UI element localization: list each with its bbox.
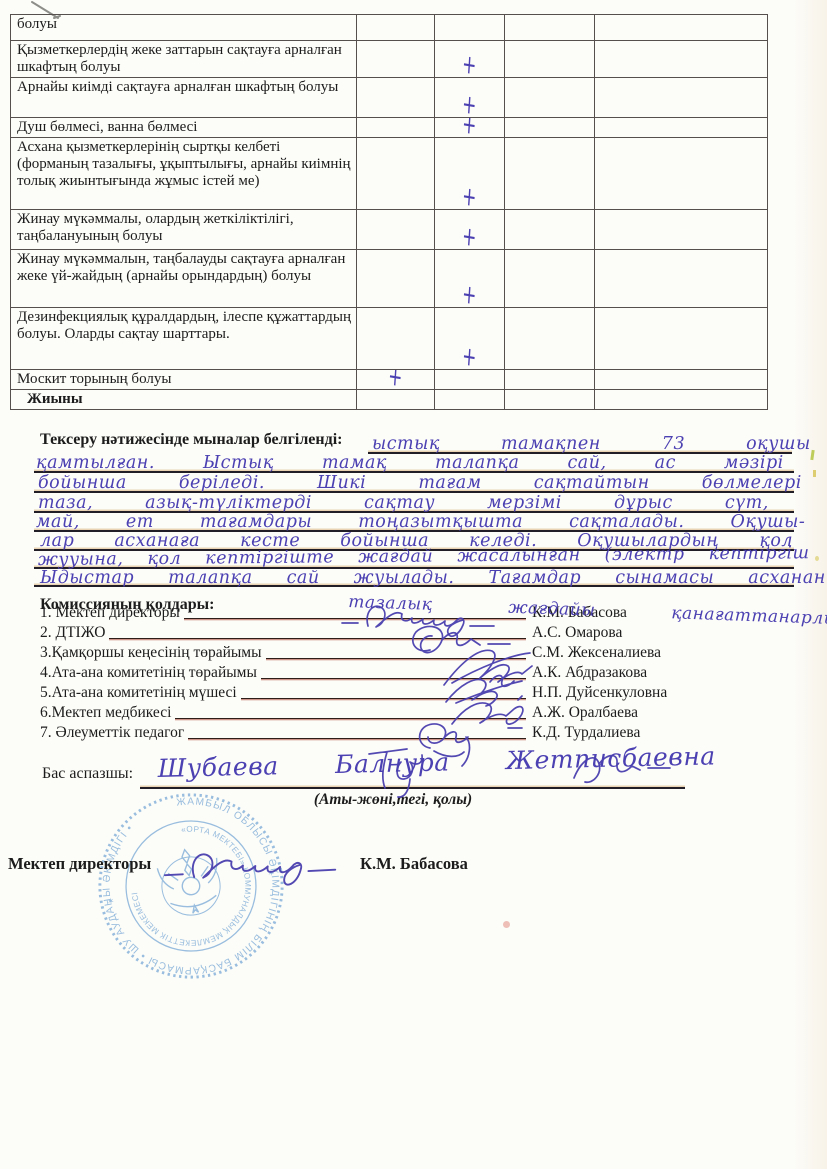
mark-cell: + [435, 308, 505, 370]
member-name: Н.П. Дуйсенкуловна [532, 684, 720, 702]
scan-artifact [810, 450, 814, 460]
mark-cell: + [357, 370, 435, 390]
table-row: Жинау мүкәммалы, олардың жеткіліктілігі,… [11, 210, 768, 250]
plus-mark: + [462, 92, 478, 117]
item-label: Душ бөлмесі, ванна бөлмесі [11, 118, 357, 138]
mark-cell [357, 308, 435, 370]
mark-cell: + [435, 118, 505, 138]
mark-cell [435, 370, 505, 390]
member-role: 5.Ата-ана комитетінің мүшесі [40, 684, 237, 702]
item-label: Москит торының болуы [11, 370, 357, 390]
table-row: Арнайы киімді сақтауға арналған шкафтың … [11, 78, 768, 118]
mark-cell [505, 250, 595, 308]
member-role: 2. ДТІЖО [40, 624, 105, 642]
item-label: Асхана қызметкерлерінің сыртқы келбеті (… [11, 138, 357, 210]
scan-artifact [503, 921, 510, 928]
mark-cell [505, 308, 595, 370]
mark-cell [505, 210, 595, 250]
item-label: Жинау мүкәммалын, таңбалауды сақтауға ар… [11, 250, 357, 308]
item-label: болуы [11, 15, 357, 41]
scanned-inspection-document: болуы Қызметкерлердің жеке заттарын сақт… [0, 0, 827, 1169]
handwritten-line: ыстық тамақпен 73 оқушы [372, 434, 811, 454]
findings-label: Тексеру нәтижесінде мыналар белгіленді: [40, 431, 342, 449]
mark-cell [595, 15, 768, 41]
signature-director-footer [159, 831, 347, 899]
scan-artifact [813, 470, 816, 477]
mark-cell [595, 138, 768, 210]
mark-cell [435, 390, 505, 410]
mark-cell [505, 15, 595, 41]
signature-pedagog [363, 740, 435, 802]
mark-cell [357, 390, 435, 410]
handwritten-line: қамтылған. Ыстық тамақ талапқа сай, ас м… [36, 453, 784, 473]
mark-cell: + [435, 210, 505, 250]
table-row: Москит торының болуы + [11, 370, 768, 390]
table-row: Қызметкерлердің жеке заттарын сақтауға а… [11, 41, 768, 78]
member-role: 7. Әлеуметтік педагог [40, 724, 184, 742]
footer-director-label: Мектеп директоры [8, 854, 151, 874]
inspection-table: болуы Қызметкерлердің жеке заттарын сақт… [10, 14, 768, 410]
commission-row: 6.Мектеп медбикесі А.Ж. Оралбаева [40, 704, 720, 722]
plus-mark: + [462, 224, 478, 249]
plus-mark: + [388, 370, 404, 390]
mark-cell: + [435, 78, 505, 118]
handwritten-line: май, ет тағамдары тоңазытқышта сақталады… [36, 512, 805, 532]
plus-mark: + [462, 52, 478, 77]
member-role: 6.Мектеп медбикесі [40, 704, 171, 722]
item-label: Қызметкерлердің жеке заттарын сақтауға а… [11, 41, 357, 78]
mark-cell [505, 118, 595, 138]
plus-mark: + [462, 118, 478, 138]
mark-cell [505, 138, 595, 210]
commission-row: 3.Қамқоршы кеңесінің төрайымы С.М. Жексе… [40, 644, 720, 662]
footer-director-name: К.М. Бабасова [360, 854, 468, 874]
table-row: Асхана қызметкерлерінің сыртқы келбеті (… [11, 138, 768, 210]
commission-row: 4.Ата-ана комитетінің төрайымы А.К. Абдр… [40, 664, 720, 682]
member-name: А.С. Омарова [532, 624, 720, 642]
plus-mark: + [462, 344, 478, 369]
member-role: 4.Ата-ана комитетінің төрайымы [40, 664, 257, 682]
mark-cell [435, 15, 505, 41]
chef-label: Бас аспазшы: [42, 765, 133, 783]
mark-cell [595, 78, 768, 118]
plus-mark: + [462, 282, 478, 307]
table-row-total: Жиыны [11, 390, 768, 410]
handwritten-line: таза, азық-түліктерді сақтау мерзімі дұр… [38, 493, 769, 513]
table-row: болуы [11, 15, 768, 41]
item-label: Дезинфекциялық құралдардың, ілеспе құжат… [11, 308, 357, 370]
member-name: С.М. Жексеналиева [532, 644, 720, 662]
mark-cell [357, 250, 435, 308]
table-row: Дезинфекциялық құралдардың, ілеспе құжат… [11, 308, 768, 370]
member-role: 1. Мектеп директоры [40, 604, 180, 622]
item-label: Жинау мүкәммалы, олардың жеткіліктілігі,… [11, 210, 357, 250]
handwritten-line: бойынша беріледі. Шикі тағам сақтайтын б… [38, 473, 802, 493]
total-label: Жиыны [11, 390, 357, 410]
commission-row: 5.Ата-ана комитетінің мүшесі Н.П. Дуйсен… [40, 684, 720, 702]
mark-cell: + [435, 138, 505, 210]
member-name: К.Д. Турдалиева [532, 724, 720, 742]
mark-cell [505, 390, 595, 410]
handwritten-line: Ыдыстар талапқа сай жуылады. Тағамдар сы… [40, 568, 827, 588]
mark-cell [505, 78, 595, 118]
mark-cell [357, 210, 435, 250]
mark-cell [595, 210, 768, 250]
mark-cell [595, 370, 768, 390]
mark-cell: + [435, 250, 505, 308]
mark-cell [595, 390, 768, 410]
mark-cell [595, 41, 768, 78]
member-name: А.Ж. Оралбаева [532, 704, 720, 722]
mark-cell [357, 138, 435, 210]
signature-chef [566, 746, 678, 790]
table-row: Жинау мүкәммалын, таңбалауды сақтауға ар… [11, 250, 768, 308]
member-role: 3.Қамқоршы кеңесінің төрайымы [40, 644, 262, 662]
member-name: А.К. Абдразакова [532, 664, 720, 682]
mark-cell [357, 78, 435, 118]
table-row: Душ бөлмесі, ванна бөлмесі + [11, 118, 768, 138]
mark-cell: + [435, 41, 505, 78]
plus-mark: + [462, 184, 478, 209]
mark-cell [595, 118, 768, 138]
mark-cell [357, 15, 435, 41]
mark-cell [505, 41, 595, 78]
svg-text:✶: ✶ [106, 895, 115, 906]
mark-cell [595, 308, 768, 370]
mark-cell [357, 41, 435, 78]
mark-cell [505, 370, 595, 390]
mark-cell [357, 118, 435, 138]
mark-cell [595, 250, 768, 308]
item-label: Арнайы киімді сақтауға арналған шкафтың … [11, 78, 357, 118]
